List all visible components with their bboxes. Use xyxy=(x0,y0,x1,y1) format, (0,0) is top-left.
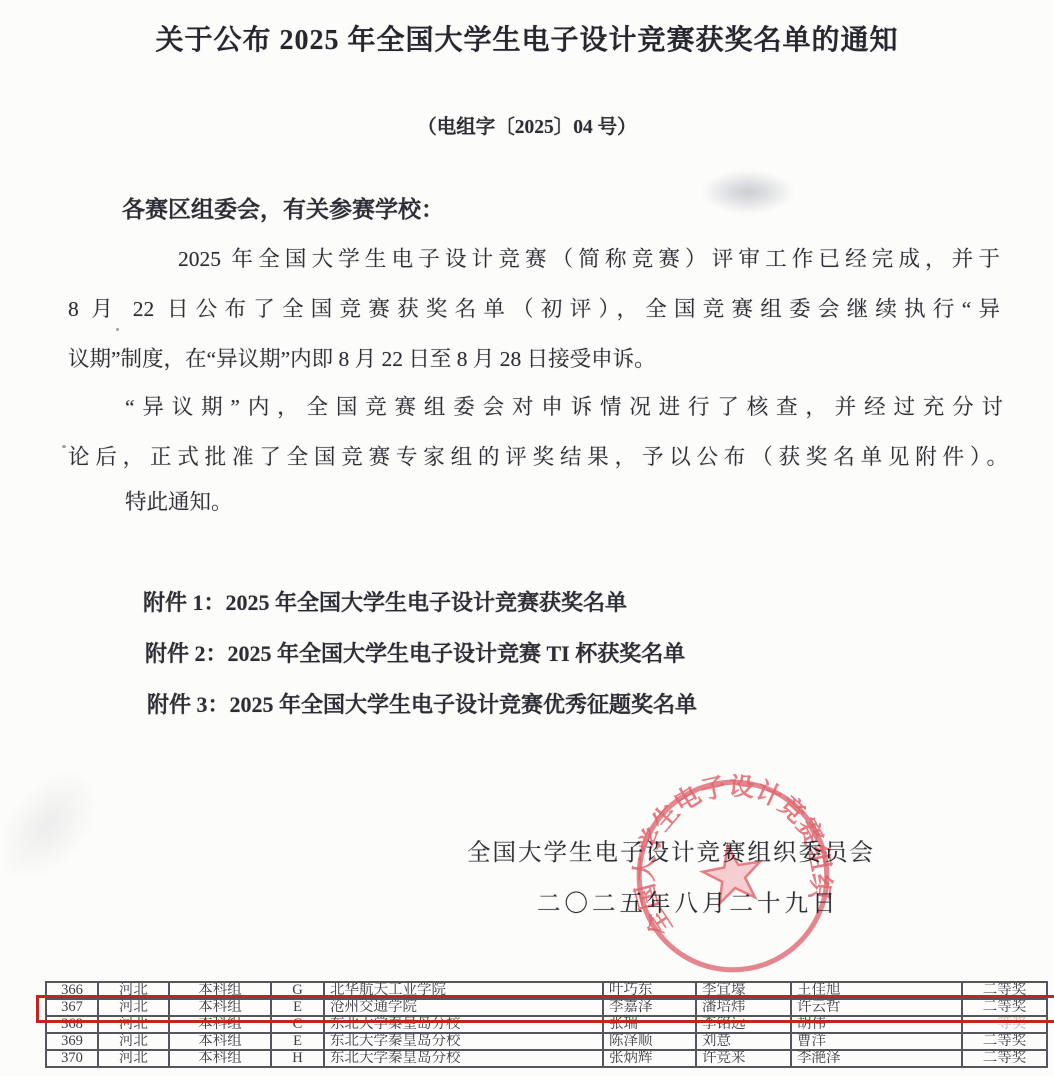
cell-award: 二等奖 xyxy=(962,1033,1047,1050)
scan-smudge xyxy=(700,170,796,214)
scan-speck xyxy=(62,445,66,448)
cell-topic: H xyxy=(271,1050,324,1067)
cell-no: 370 xyxy=(46,1050,98,1067)
cell-topic: E xyxy=(271,1033,324,1050)
signature-line: 全国大学生电子设计竞赛组织委员会 xyxy=(467,833,875,867)
table-row: 369河北本科组E东北大学秦皇岛分校陈泽顺刘意曹洋二等奖 xyxy=(46,1033,1047,1050)
scan-speck xyxy=(116,328,119,331)
cell-no: 369 xyxy=(46,1033,98,1050)
paragraph1-line3: 议期”制度，在“异议期”内即 8 月 22 日至 8 月 28 日接受申诉。 xyxy=(68,344,656,374)
date-line: 二〇二五年八月二十九日 xyxy=(537,884,840,918)
cell-member3: 李滟泽 xyxy=(791,1050,962,1067)
salutation: 各赛区组委会，有关参赛学校： xyxy=(122,191,444,224)
cell-member1: 陈泽顺 xyxy=(603,1033,696,1050)
cell-region: 河北 xyxy=(98,1050,169,1067)
cell-region: 河北 xyxy=(98,1033,169,1050)
scan-smudge xyxy=(0,749,120,901)
table-row: 370河北本科组H东北大学秦皇岛分校张炳辉许竞来李滟泽二等奖 xyxy=(46,1050,1047,1067)
attachment-line-2: 附件 2：2025 年全国大学生电子设计竞赛 TI 杯获奖名单 xyxy=(145,637,685,668)
paragraph1-line2: 8 月 22 日公布了全国竞赛获奖名单（初评），全国竞赛组委会继续执行“异 xyxy=(68,294,1000,324)
attachment-line-1: 附件 1：2025 年全国大学生电子设计竞赛获奖名单 xyxy=(143,586,627,617)
official-seal: 全国大学生电子设计竞赛组织委员会 xyxy=(631,774,835,978)
highlight-box-row-367 xyxy=(36,995,1054,1023)
paragraph2-line1: “异议期”内，全国竞赛组委会对申诉情况进行了核查，并经过充分讨 xyxy=(125,392,1003,422)
cell-member3: 曹洋 xyxy=(791,1033,962,1050)
cell-member2: 刘意 xyxy=(696,1033,791,1050)
cell-school: 东北大学秦皇岛分校 xyxy=(324,1033,603,1050)
attachment-line-3: 附件 3：2025 年全国大学生电子设计竞赛优秀征题奖名单 xyxy=(147,688,697,719)
doc-number: （电组字〔2025〕04 号） xyxy=(0,111,1054,139)
paragraph1-line1: 2025 年全国大学生电子设计竞赛（简称竞赛）评审工作已经完成，并于 xyxy=(178,244,1000,274)
cell-group: 本科组 xyxy=(169,1050,271,1067)
seal-ring xyxy=(631,774,835,978)
cell-award: 二等奖 xyxy=(962,1050,1047,1067)
cell-group: 本科组 xyxy=(169,1033,271,1050)
cell-member2: 许竞来 xyxy=(696,1050,791,1067)
cell-member1: 张炳辉 xyxy=(603,1050,696,1067)
cell-school: 东北大学秦皇岛分校 xyxy=(324,1050,603,1067)
page-title: 关于公布 2025 年全国大学生电子设计竞赛获奖名单的通知 xyxy=(0,18,1054,58)
scanned-notice-page: 关于公布 2025 年全国大学生电子设计竞赛获奖名单的通知 （电组字〔2025〕… xyxy=(0,0,1054,1076)
paragraph3: 特此通知。 xyxy=(125,487,233,517)
paragraph2-line2: 论后，正式批准了全国竞赛专家组的评奖结果，予以公布（获奖名单见附件）。 xyxy=(68,442,1008,472)
